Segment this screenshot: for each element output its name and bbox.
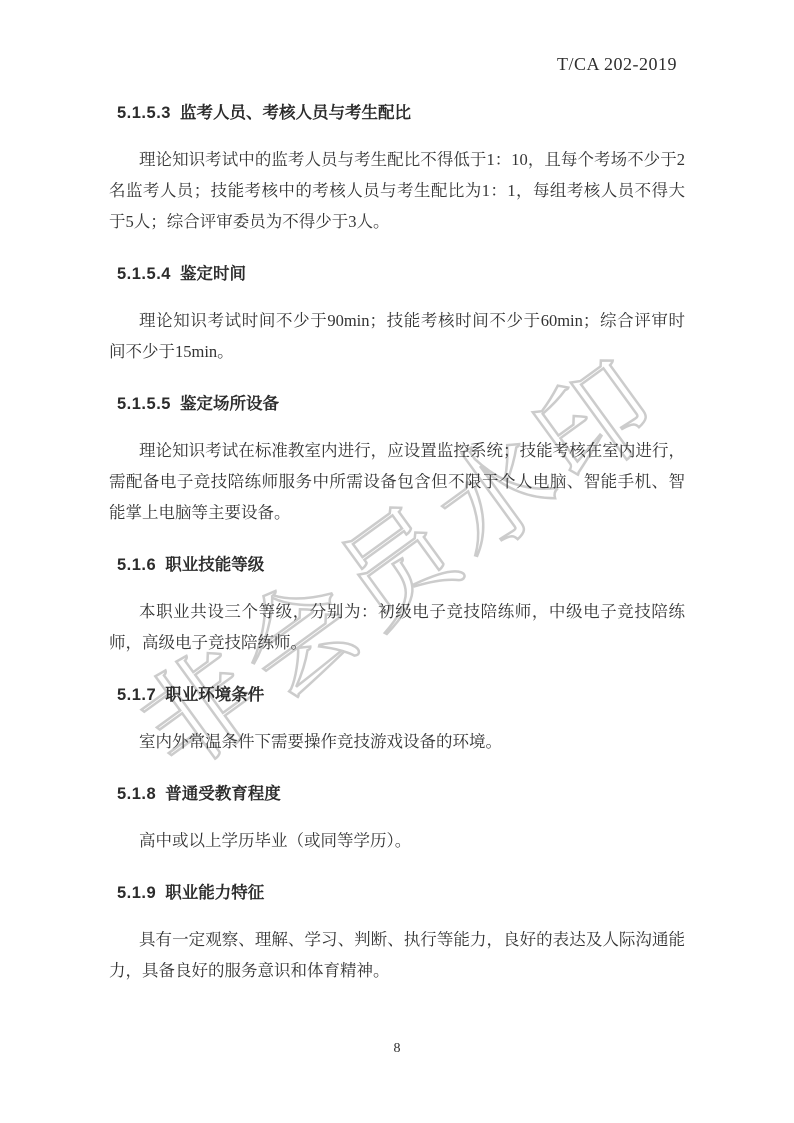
section-number: 5.1.7 xyxy=(117,686,156,704)
section-heading: 5.1.5.4鉴定时间 xyxy=(117,261,685,287)
section-number: 5.1.9 xyxy=(117,884,156,902)
section-title: 职业技能等级 xyxy=(165,556,264,574)
section: 5.1.5.4鉴定时间 理论知识考试时间不少于90min；技能考核时间不少于60… xyxy=(109,261,685,367)
standard-number: T/CA 202-2019 xyxy=(557,54,677,74)
page-header: T/CA 202-2019 xyxy=(109,52,685,76)
section: 5.1.7职业环境条件 室内外常温条件下需要操作竞技游戏设备的环境。 xyxy=(109,682,685,757)
section-title: 职业环境条件 xyxy=(165,686,264,704)
section-number: 5.1.6 xyxy=(117,556,156,574)
section-heading: 5.1.5.3监考人员、考核人员与考生配比 xyxy=(117,100,685,126)
section-number: 5.1.8 xyxy=(117,785,156,803)
section-title: 鉴定时间 xyxy=(180,265,246,283)
section: 5.1.5.3监考人员、考核人员与考生配比 理论知识考试中的监考人员与考生配比不… xyxy=(109,100,685,237)
section-number: 5.1.5.5 xyxy=(117,395,171,413)
section-number: 5.1.5.4 xyxy=(117,265,171,283)
paragraph: 理论知识考试在标准教室内进行，应设置监控系统；技能考核在室内进行，需配备电子竞技… xyxy=(109,435,685,528)
section-heading: 5.1.5.5鉴定场所设备 xyxy=(117,391,685,417)
section-title: 鉴定场所设备 xyxy=(180,395,279,413)
paragraph: 室内外常温条件下需要操作竞技游戏设备的环境。 xyxy=(109,726,685,757)
section-heading: 5.1.6职业技能等级 xyxy=(117,552,685,578)
page-number: 8 xyxy=(394,1041,401,1056)
paragraph: 具有一定观察、理解、学习、判断、执行等能力，良好的表达及人际沟通能力，具备良好的… xyxy=(109,924,685,986)
section: 5.1.8普通受教育程度 高中或以上学历毕业（或同等学历）。 xyxy=(109,781,685,856)
section-title: 普通受教育程度 xyxy=(165,785,281,803)
section: 5.1.6职业技能等级 本职业共设三个等级，分别为：初级电子竞技陪练师，中级电子… xyxy=(109,552,685,658)
section-number: 5.1.5.3 xyxy=(117,104,171,122)
section-heading: 5.1.9职业能力特征 xyxy=(117,880,685,906)
sections-container: 5.1.5.3监考人员、考核人员与考生配比 理论知识考试中的监考人员与考生配比不… xyxy=(109,100,685,986)
section-title: 监考人员、考核人员与考生配比 xyxy=(180,104,411,122)
paragraph: 高中或以上学历毕业（或同等学历）。 xyxy=(109,825,685,856)
paragraph: 本职业共设三个等级，分别为：初级电子竞技陪练师，中级电子竞技陪练师，高级电子竞技… xyxy=(109,596,685,658)
document-page: 非会员水印 T/CA 202-2019 5.1.5.3监考人员、考核人员与考生配… xyxy=(0,0,794,1123)
section: 5.1.5.5鉴定场所设备 理论知识考试在标准教室内进行，应设置监控系统；技能考… xyxy=(109,391,685,528)
page-footer: 8 xyxy=(0,1041,794,1057)
paragraph: 理论知识考试中的监考人员与考生配比不得低于1：10，且每个考场不少于2名监考人员… xyxy=(109,144,685,237)
section: 5.1.9职业能力特征 具有一定观察、理解、学习、判断、执行等能力，良好的表达及… xyxy=(109,880,685,986)
document-content: T/CA 202-2019 5.1.5.3监考人员、考核人员与考生配比 理论知识… xyxy=(109,52,685,986)
section-heading: 5.1.7职业环境条件 xyxy=(117,682,685,708)
section-heading: 5.1.8普通受教育程度 xyxy=(117,781,685,807)
paragraph: 理论知识考试时间不少于90min；技能考核时间不少于60min；综合评审时间不少… xyxy=(109,305,685,367)
section-title: 职业能力特征 xyxy=(165,884,264,902)
